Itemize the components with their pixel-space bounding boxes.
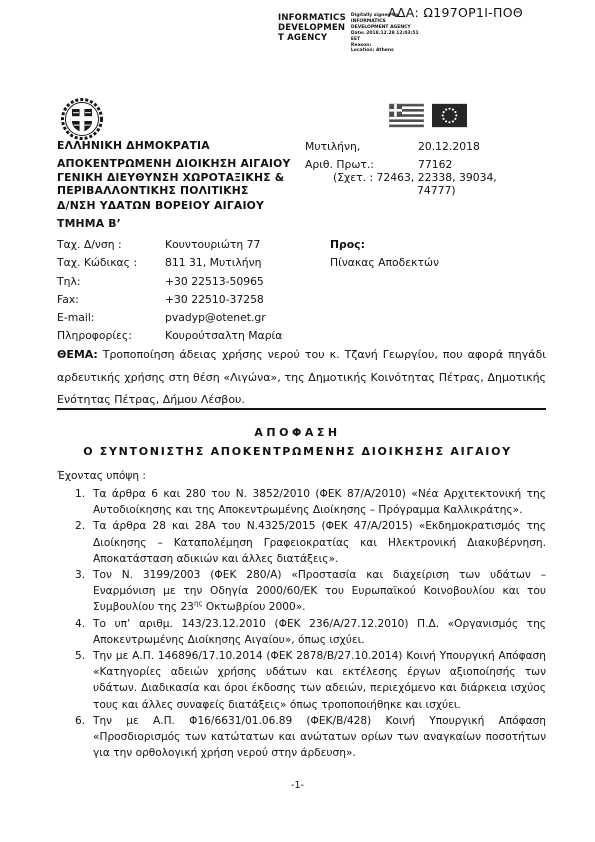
org-line-policy: ΠΕΡΙΒΑΛΛΟΝΤΙΚΗΣ ΠΟΛΙΤΙΚΗΣ xyxy=(57,184,291,198)
document-page: ΑΔΑ: Ω197ΟΡ1Ι-ΠΟΘ INFORMATICS DEVELOPMEN… xyxy=(0,0,595,842)
contact-row-fax: Fax:+30 22510-37258 xyxy=(57,293,282,311)
list-item-text: Την με Α.Π. Φ16/6631/01.06.89 (ΦΕΚ/Β/428… xyxy=(93,715,546,759)
stamp-agency-line: DEVELOPMEN xyxy=(278,23,346,33)
subject-text: Τροποποίηση άδειας χρήσης νερού του κ. Τ… xyxy=(57,348,546,406)
stamp-agency-name: INFORMATICS DEVELOPMEN T AGENCY xyxy=(278,13,346,43)
contact-row-phone: Τηλ:+30 22513-50965 xyxy=(57,275,282,293)
list-item: 6. Την με Α.Π. Φ16/6631/01.06.89 (ΦΕΚ/Β/… xyxy=(57,713,546,762)
eu-flag-icon xyxy=(432,103,467,128)
contact-row-email: E-mail:pvadyp@otenet.gr xyxy=(57,311,282,329)
org-line-directorate-general: ΓΕΝΙΚΗ ΔΙΕΥΘΥΝΣΗ ΧΩΡΟΤΑΞΙΚΗΣ & xyxy=(57,171,291,185)
contact-value: +30 22513-50965 xyxy=(165,275,264,288)
city-label: Μυτιλήνη, xyxy=(305,140,418,153)
decision-title: ΑΠΟΦΑΣΗ xyxy=(0,426,595,440)
flags xyxy=(389,103,467,128)
list-item: 4. Το υπ’ αριθμ. 143/23.12.2010 (ΦΕΚ 236… xyxy=(57,616,546,648)
contact-row-postcode: Ταχ. Κώδικας :811 31, Μυτιλήνη xyxy=(57,256,282,274)
list-item: 1. Τα άρθρα 6 και 280 του Ν. 3852/2010 (… xyxy=(57,486,546,518)
contact-value: pvadyp@otenet.gr xyxy=(165,311,266,324)
org-line-department: ΤΜΗΜΑ Β’ xyxy=(57,217,291,231)
city-date-row: Μυτιλήνη,20.12.2018 xyxy=(305,140,480,153)
recipient-block: Προς: Πίνακας Αποδεκτών xyxy=(330,238,439,275)
page-number: -1- xyxy=(0,780,595,791)
contact-row-address: Ταχ. Δ/νση :Κουντουριώτη 77 xyxy=(57,238,282,256)
list-item-text: Την με Α.Π. 146896/17.10.2014 (ΦΕΚ 2878/… xyxy=(93,650,546,711)
list-item-text: Το υπ’ αριθμ. 143/23.12.2010 (ΦΕΚ 236/Α/… xyxy=(93,618,546,646)
contact-label: Τηλ: xyxy=(57,275,165,288)
contact-value: Κουντουριώτη 77 xyxy=(165,238,260,251)
protocol-label: Αριθ. Πρωτ.: xyxy=(305,158,418,171)
stamp-agency-line: T AGENCY xyxy=(278,33,346,43)
contact-value: Κουρούτσαλτη Μαρία xyxy=(165,329,282,342)
stamp-signature-details: Digitally signed by INFORMATICS DEVELOPM… xyxy=(351,13,407,54)
stamp-detail-line: Location: Athens xyxy=(351,48,407,54)
stamp-agency-line: INFORMATICS xyxy=(278,13,346,23)
protocol-row: Αριθ. Πρωτ.:77162 xyxy=(305,158,452,171)
org-line-republic: ΕΛΛΗΝΙΚΗ ΔΗΜΟΚΡΑΤΙΑ xyxy=(57,139,291,153)
decision-heading: ΑΠΟΦΑΣΗ Ο ΣΥΝΤΟΝΙΣΤΗΣ ΑΠΟΚΕΝΤΡΩΜΕΝΗΣ ΔΙΟ… xyxy=(0,426,595,459)
contact-info: Ταχ. Δ/νση :Κουντουριώτη 77 Ταχ. Κώδικας… xyxy=(57,238,282,348)
list-item-text: Τον Ν. 3199/2003 (ΦΕΚ 280/Α) «Προστασία … xyxy=(93,569,546,613)
org-line-administration: ΑΠΟΚΕΝΤΡΩΜΕΝΗ ΔΙΟΙΚΗΣΗ ΑΙΓΑΙΟΥ xyxy=(57,157,291,171)
ada-code: ΑΔΑ: Ω197ΟΡ1Ι-ΠΟΘ xyxy=(388,5,523,20)
ada-value: Ω197ΟΡ1Ι-ΠΟΘ xyxy=(423,5,523,20)
contact-value: +30 22510-37258 xyxy=(165,293,264,306)
contact-label: Ταχ. Δ/νση : xyxy=(57,238,165,251)
list-item-text: Τα άρθρα 28 και 28Α του Ν.4325/2015 (ΦΕΚ… xyxy=(93,520,546,564)
list-item-number: 4. xyxy=(75,616,85,632)
related-numbers-line2: 74777) xyxy=(417,184,456,197)
digital-signature-stamp: INFORMATICS DEVELOPMEN T AGENCY Digitall… xyxy=(278,13,407,54)
protocol-value: 77162 xyxy=(418,158,452,171)
related-numbers-line1: (Σχετ. : 72463, 22338, 39034, xyxy=(333,171,497,184)
organization-header: ΕΛΛΗΝΙΚΗ ΔΗΜΟΚΡΑΤΙΑ ΑΠΟΚΕΝΤΡΩΜΕΝΗ ΔΙΟΙΚΗ… xyxy=(57,139,291,231)
contact-label: Πληροφορίες: xyxy=(57,329,165,342)
date-value: 20.12.2018 xyxy=(418,140,480,153)
recipient-value: Πίνακας Αποδεκτών xyxy=(330,256,439,274)
list-item-number: 2. xyxy=(75,518,85,534)
list-item: 5. Την με Α.Π. 146896/17.10.2014 (ΦΕΚ 28… xyxy=(57,648,546,713)
list-item: 3. Τον Ν. 3199/2003 (ΦΕΚ 280/Α) «Προστασ… xyxy=(57,567,546,616)
stamp-detail-line: DEVELOPMENT AGENCY xyxy=(351,25,407,31)
considerations-intro: Έχοντας υπόψη : xyxy=(57,470,146,482)
list-item-text: Τα άρθρα 6 και 280 του Ν. 3852/2010 (ΦΕΚ… xyxy=(93,488,546,516)
contact-label: E-mail: xyxy=(57,311,165,324)
contact-label: Ταχ. Κώδικας : xyxy=(57,256,165,269)
org-line-water-directorate: Δ/ΝΣΗ ΥΔΑΤΩΝ ΒΟΡΕΙΟΥ ΑΙΓΑΙΟΥ xyxy=(57,199,291,213)
subject-label: ΘΕΜΑ: xyxy=(57,348,98,361)
stamp-detail-line: Date: 2018.12.28 12:03:51 xyxy=(351,31,407,37)
list-item-number: 1. xyxy=(75,486,85,502)
list-item-number: 6. xyxy=(75,713,85,729)
contact-label: Fax: xyxy=(57,293,165,306)
list-item-text-part: Τον Ν. 3199/2003 (ΦΕΚ 280/Α) «Προστασία … xyxy=(93,569,546,613)
list-item: 2. Τα άρθρα 28 και 28Α του Ν.4325/2015 (… xyxy=(57,518,546,567)
decision-subtitle: Ο ΣΥΝΤΟΝΙΣΤΗΣ ΑΠΟΚΕΝΤΡΩΜΕΝΗΣ ΔΙΟΙΚΗΣΗΣ Α… xyxy=(0,445,595,459)
contact-value: 811 31, Μυτιλήνη xyxy=(165,256,261,269)
list-item-number: 5. xyxy=(75,648,85,664)
greek-flag-icon xyxy=(389,103,424,128)
horizontal-divider xyxy=(57,408,546,410)
recipient-label: Προς: xyxy=(330,238,439,256)
list-item-text-part: Οκτωβρίου 2000». xyxy=(202,601,305,613)
subject-paragraph: ΘΕΜΑ:Τροποποίηση άδειας χρήσης νερού του… xyxy=(57,344,546,412)
considerations-list: 1. Τα άρθρα 6 και 280 του Ν. 3852/2010 (… xyxy=(57,486,546,761)
list-item-number: 3. xyxy=(75,567,85,583)
